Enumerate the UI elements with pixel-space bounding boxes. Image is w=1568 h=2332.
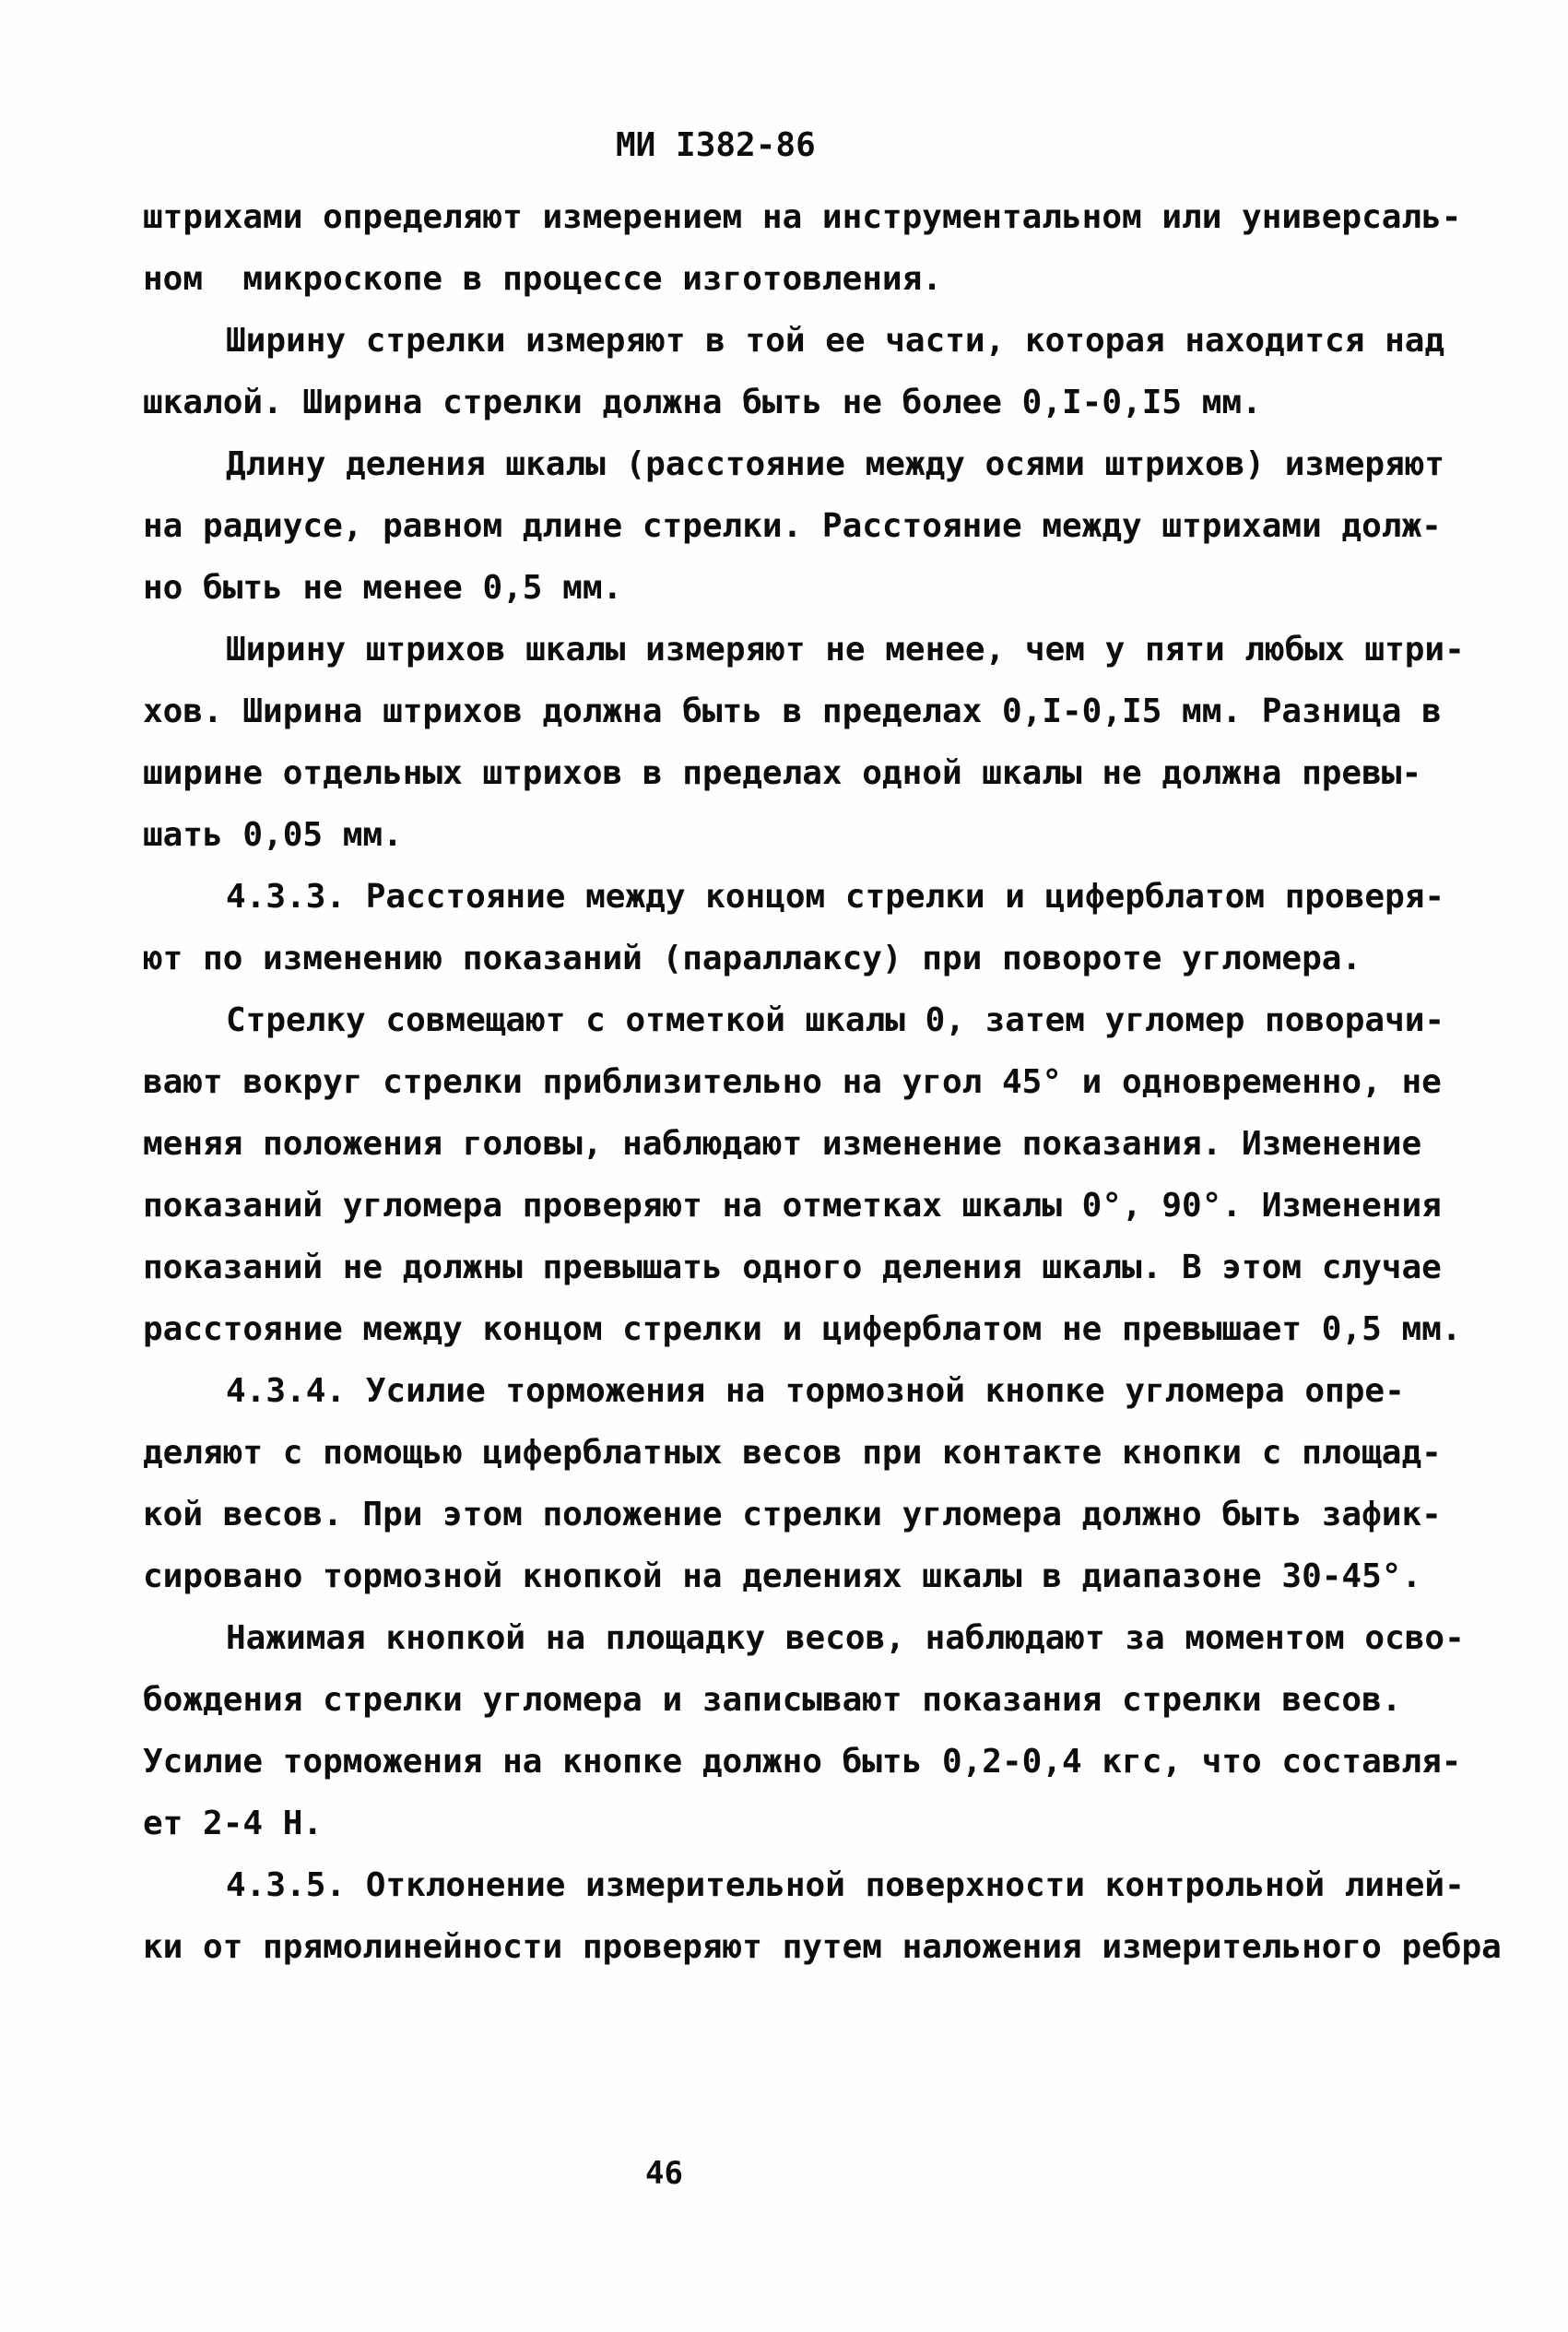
text-line: расстояние между концом стрелки и циферб… [143,1298,1526,1360]
text-line: вают вокруг стрелки приблизительно на уг… [143,1051,1526,1113]
text-line: шкалой. Ширина стрелки должна быть не бо… [143,372,1526,433]
text-line: бождения стрелки угломера и записывают п… [143,1669,1526,1731]
text-line: показаний угломера проверяют на отметках… [143,1175,1526,1237]
text-line: ют по изменению показаний (параллаксу) п… [143,928,1526,989]
text-line: ном микроскопе в процессе изготовления. [143,248,1526,310]
text-line: 4.3.5. Отклонение измерительной поверхно… [143,1854,1526,1916]
text-line: меняя положения головы, наблюдают измене… [143,1113,1526,1175]
text-line: ет 2-4 Н. [143,1793,1526,1854]
text-line: Ширину штрихов шкалы измеряют не менее, … [143,619,1526,681]
text-line: Нажимая кнопкой на площадку весов, наблю… [143,1607,1526,1669]
text-line: Ширину стрелки измеряют в той ее части, … [143,310,1526,372]
doc-number-header: МИ I382-86 [616,129,816,162]
text-line: 4.3.3. Расстояние между концом стрелки и… [143,866,1526,928]
text-line: показаний не должны превышать одного дел… [143,1237,1526,1298]
text-line: 4.3.4. Усилие торможения на тормозной кн… [143,1360,1526,1422]
text-line: Стрелку совмещают с отметкой шкалы 0, за… [143,989,1526,1051]
text-line: Усилие торможения на кнопке должно быть … [143,1731,1526,1793]
text-line: ки от прямолинейности проверяют путем на… [143,1916,1526,1978]
text-line: деляют с помощью циферблатных весов при … [143,1422,1526,1484]
text-line: ширине отдельных штрихов в пределах одно… [143,742,1526,804]
document-page: МИ I382-86 штрихами определяют измерение… [0,0,1568,2332]
text-line: шать 0,05 мм. [143,804,1526,866]
text-line: штрихами определяют измерением на инстру… [143,186,1526,248]
text-line: Длину деления шкалы (расстояние между ос… [143,433,1526,495]
text-line: кой весов. При этом положение стрелки уг… [143,1484,1526,1545]
text-line: на радиусе, равном длине стрелки. Рассто… [143,495,1526,557]
text-line: но быть не менее 0,5 мм. [143,557,1526,619]
text-line: хов. Ширина штрихов должна быть в предел… [143,681,1526,742]
page-number: 46 [645,2158,683,2189]
text-line: сировано тормозной кнопкой на делениях ш… [143,1545,1526,1607]
doc-body: штрихами определяют измерением на инстру… [143,186,1526,1978]
